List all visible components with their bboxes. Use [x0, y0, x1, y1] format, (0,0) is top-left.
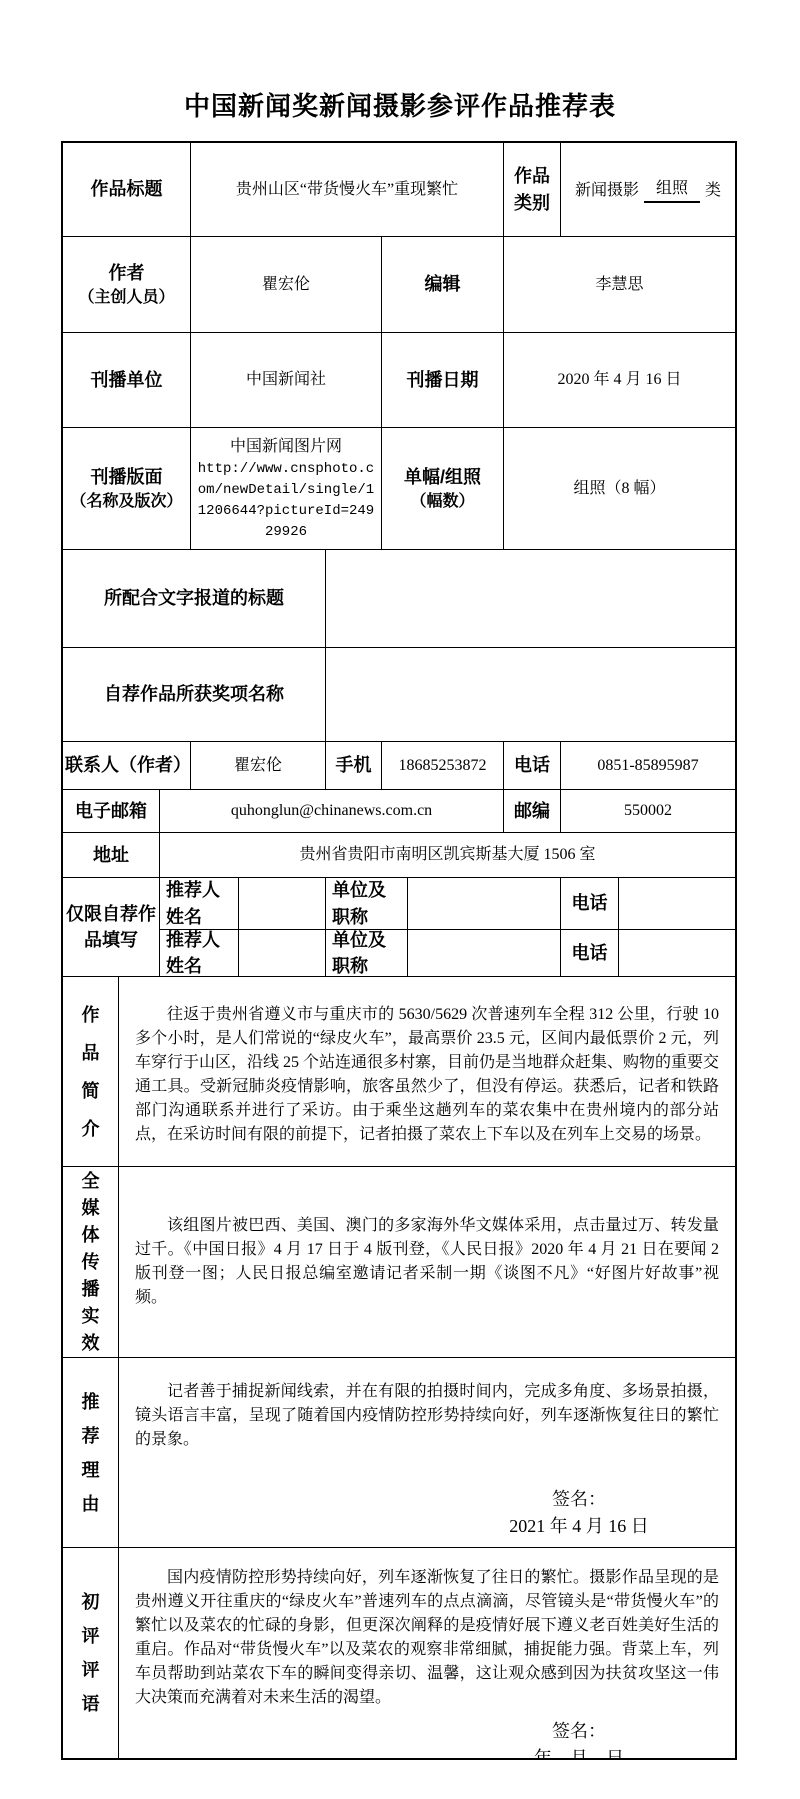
text-report-label: 所配合文字报道的标题	[63, 550, 326, 647]
reason-label-text: 推荐理由	[81, 1385, 101, 1521]
recommender-phone-value-1	[619, 878, 735, 929]
recommender-unit-label-2: 单位及 职称	[326, 930, 408, 976]
address-value: 贵州省贵阳市南明区凯宾斯基大厦 1506 室	[160, 833, 735, 877]
email-label: 电子邮箱	[63, 790, 160, 832]
review-signature-date: 年 月 日	[484, 1745, 674, 1758]
impact-text: 该组图片被巴西、美国、澳门的多家海外华文媒体采用，点击量过万、转发量过千。《中国…	[135, 1214, 719, 1310]
address-label: 地址	[63, 833, 160, 877]
recommender-name-label-1-line2: 姓名	[166, 904, 202, 930]
recommender-unit-label-1: 单位及 职称	[326, 878, 408, 929]
recommender-phone-value-2	[619, 930, 735, 976]
reason-signature-date: 2021 年 4 月 16 日	[484, 1513, 674, 1540]
row-work-title: 作品标题 贵州山区“带货慢火车”重现繁忙 作品类别 新闻摄影组照类	[63, 143, 735, 237]
reason-signature-block: 签名： 2021 年 4 月 16 日	[484, 1486, 674, 1540]
author-label-line2: （主创人员）	[78, 286, 174, 309]
recommender-name-label-1: 推荐人 姓名	[160, 878, 239, 929]
row-address: 地址 贵州省贵阳市南明区凯宾斯基大厦 1506 室	[63, 833, 735, 878]
author-label-line1: 作者	[109, 260, 145, 286]
work-title-value: 贵州山区“带货慢火车”重现繁忙	[191, 143, 504, 236]
row-email: 电子邮箱 quhonglun@chinanews.com.cn 邮编 55000…	[63, 790, 735, 833]
author-label: 作者 （主创人员）	[63, 237, 191, 332]
document-page: 中国新闻奖新闻摄影参评作品推荐表 作品标题 贵州山区“带货慢火车”重现繁忙 作品…	[0, 0, 800, 1799]
recommendation-form-table: 作品标题 贵州山区“带货慢火车”重现繁忙 作品类别 新闻摄影组照类 作者 （主创…	[61, 141, 737, 1760]
work-title-label: 作品标题	[63, 143, 191, 236]
category-fill-value: 组照	[644, 177, 700, 203]
photo-count-label: 单幅/组照 （幅数）	[382, 428, 504, 549]
recommender-phone-label-1: 电话	[561, 878, 619, 929]
mobile-label: 手机	[326, 742, 382, 789]
author-value: 瞿宏伦	[191, 237, 382, 332]
recommender-unit-value-2	[408, 930, 561, 976]
self-recommend-row-1: 推荐人 姓名 单位及 职称 电话	[160, 878, 735, 930]
publish-date-value: 2020 年 4 月 16 日	[504, 333, 735, 427]
review-content: 国内疫情防控形势持续向好，列车逐渐恢复了往日的繁忙。摄影作品呈现的是贵州遵义开往…	[119, 1548, 735, 1758]
intro-label: 作品简介	[63, 977, 119, 1166]
intro-label-text: 作品简介	[81, 996, 101, 1148]
row-self-award: 自荐作品所获奖项名称	[63, 648, 735, 742]
intro-text: 往返于贵州省遵义市与重庆市的 5630/5629 次普速列车全程 312 公里，…	[135, 1003, 719, 1147]
row-self-recommend: 仅限自荐作品填写 推荐人 姓名 单位及 职称 电话	[63, 878, 735, 977]
impact-label: 全媒体传播实效	[63, 1167, 119, 1357]
category-suffix: 类	[705, 179, 721, 203]
section-impact: 全媒体传播实效 该组图片被巴西、美国、澳门的多家海外华文媒体采用，点击量过万、转…	[63, 1167, 735, 1358]
self-award-value	[326, 648, 735, 741]
text-report-value	[326, 550, 735, 647]
intro-content: 往返于贵州省遵义市与重庆市的 5630/5629 次普速列车全程 312 公里，…	[119, 977, 735, 1166]
review-label: 初评评语	[63, 1548, 119, 1758]
layout-site-name: 中国新闻图片网	[230, 435, 342, 459]
layout-label-line1: 刊播版面	[91, 464, 163, 490]
row-layout: 刊播版面 （名称及版次） 中国新闻图片网 http://www.cnsphoto…	[63, 428, 735, 550]
mobile-value: 18685253872	[382, 742, 504, 789]
work-category-value: 新闻摄影组照类	[561, 143, 735, 236]
photo-count-value: 组照（8 幅）	[504, 428, 735, 549]
publish-date-label: 刊播日期	[382, 333, 504, 427]
section-reason: 推荐理由 记者善于捕捉新闻线索，并在有限的拍摄时间内，完成多角度、多场景拍摄，镜…	[63, 1358, 735, 1548]
reason-text: 记者善于捕捉新闻线索，并在有限的拍摄时间内，完成多角度、多场景拍摄，镜头语言丰富…	[135, 1380, 719, 1452]
recommender-name-label-2-line1: 推荐人	[166, 930, 220, 953]
row-contact: 联系人（作者） 瞿宏伦 手机 18685253872 电话 0851-85895…	[63, 742, 735, 790]
layout-label-line2: （名称及版次）	[70, 490, 182, 513]
editor-value: 李慧思	[504, 237, 735, 332]
recommender-unit-label-1-line1: 单位及	[332, 878, 386, 904]
self-recommend-row-2: 推荐人 姓名 单位及 职称 电话	[160, 930, 735, 976]
work-category-label: 作品类别	[504, 143, 561, 236]
review-label-text: 初评评语	[81, 1585, 101, 1721]
phone-label: 电话	[504, 742, 561, 789]
row-text-report-title: 所配合文字报道的标题	[63, 550, 735, 648]
recommender-phone-label-2: 电话	[561, 930, 619, 976]
contact-label: 联系人（作者）	[63, 742, 191, 789]
reason-label: 推荐理由	[63, 1358, 119, 1547]
review-text: 国内疫情防控形势持续向好，列车逐渐恢复了往日的繁忙。摄影作品呈现的是贵州遵义开往…	[135, 1566, 719, 1710]
zip-value: 550002	[561, 790, 735, 832]
publisher-value: 中国新闻社	[191, 333, 382, 427]
layout-label: 刊播版面 （名称及版次）	[63, 428, 191, 549]
layout-url: http://www.cnsphoto.com/newDetail/single…	[197, 459, 375, 543]
impact-content: 该组图片被巴西、美国、澳门的多家海外华文媒体采用，点击量过万、转发量过千。《中国…	[119, 1167, 735, 1357]
self-recommend-rows: 推荐人 姓名 单位及 职称 电话 推荐人 姓名	[160, 878, 735, 976]
reason-signature-label: 签名：	[484, 1486, 674, 1513]
review-signature-label: 签名：	[484, 1718, 674, 1745]
self-award-label: 自荐作品所获奖项名称	[63, 648, 326, 741]
row-publisher: 刊播单位 中国新闻社 刊播日期 2020 年 4 月 16 日	[63, 333, 735, 428]
recommender-name-value-2	[239, 930, 326, 976]
row-author: 作者 （主创人员） 瞿宏伦 编辑 李慧思	[63, 237, 735, 333]
contact-name-value: 瞿宏伦	[191, 742, 326, 789]
layout-value: 中国新闻图片网 http://www.cnsphoto.com/newDetai…	[191, 428, 382, 549]
recommender-unit-value-1	[408, 878, 561, 929]
photo-count-label-line2: （幅数）	[410, 490, 474, 513]
category-line: 新闻摄影组照类	[575, 177, 721, 203]
recommender-unit-label-2-line1: 单位及	[332, 930, 386, 953]
phone-value: 0851-85895987	[561, 742, 735, 789]
recommender-unit-label-2-line2: 职称	[332, 953, 368, 976]
zip-label: 邮编	[504, 790, 561, 832]
impact-label-text: 全媒体传播实效	[81, 1168, 101, 1357]
email-value: quhonglun@chinanews.com.cn	[160, 790, 504, 832]
recommender-name-label-2: 推荐人 姓名	[160, 930, 239, 976]
reason-content: 记者善于捕捉新闻线索，并在有限的拍摄时间内，完成多角度、多场景拍摄，镜头语言丰富…	[119, 1358, 735, 1547]
recommender-unit-label-1-line2: 职称	[332, 904, 368, 930]
recommender-name-value-1	[239, 878, 326, 929]
document-title: 中国新闻奖新闻摄影参评作品推荐表	[0, 86, 800, 123]
section-review: 初评评语 国内疫情防控形势持续向好，列车逐渐恢复了往日的繁忙。摄影作品呈现的是贵…	[63, 1548, 735, 1758]
review-signature-block: 签名： 年 月 日	[484, 1718, 674, 1758]
recommender-name-label-1-line1: 推荐人	[166, 878, 220, 904]
category-prefix: 新闻摄影	[575, 179, 639, 203]
photo-count-label-line1: 单幅/组照	[404, 464, 481, 490]
publisher-label: 刊播单位	[63, 333, 191, 427]
section-intro: 作品简介 往返于贵州省遵义市与重庆市的 5630/5629 次普速列车全程 31…	[63, 977, 735, 1167]
recommender-name-label-2-line2: 姓名	[166, 953, 202, 976]
editor-label: 编辑	[382, 237, 504, 332]
self-recommend-group-label: 仅限自荐作品填写	[63, 878, 160, 976]
